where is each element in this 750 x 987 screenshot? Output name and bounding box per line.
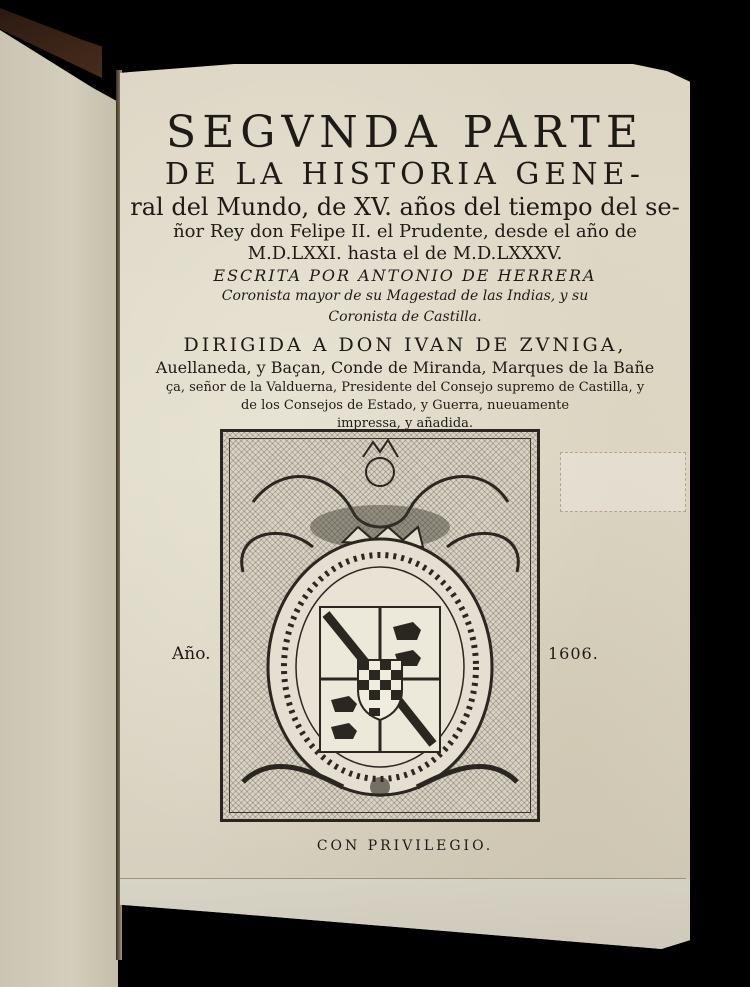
title-line-4: ñor Rey don Felipe II. el Prudente, desd…: [120, 222, 690, 242]
coat-of-arms-woodcut: [220, 429, 540, 822]
dedication-line-1: DIRIGIDA A DON IVAN DE ZVNIGA,: [120, 334, 690, 356]
title-line-3: ral del Mundo, de XV. años del tiempo de…: [120, 194, 690, 220]
title-line-2: DE LA HISTORIA GENE-: [120, 160, 690, 190]
left-flyleaf-page: [0, 30, 118, 987]
coat-of-arms-icon: [223, 432, 537, 819]
author-line-1: ESCRITA POR ANTONIO DE HERRERA: [120, 266, 690, 285]
year-value: 1606.: [548, 644, 599, 663]
paper-repair-patch: [560, 452, 686, 512]
title-line-5: M.D.LXXI. hasta el de M.D.LXXXV.: [120, 244, 690, 264]
title-page: SEGVNDA PARTE DE LA HISTORIA GENE- ral d…: [120, 64, 690, 949]
dedication-line-4: de los Consejos de Estado, y Guerra, nue…: [120, 398, 690, 413]
author-line-3: Coronista de Castilla.: [120, 309, 690, 325]
author-line-2: Coronista mayor de su Magestad de las In…: [120, 288, 690, 304]
privilege-notice: CON PRIVILEGIO.: [120, 838, 690, 854]
dedication-line-2: Auellaneda, y Baçan, Conde de Miranda, M…: [120, 358, 690, 377]
page-lower-repaired-margin: [120, 879, 690, 949]
title-line-1: SEGVNDA PARTE: [120, 111, 690, 155]
year-label: Año.: [172, 644, 211, 664]
dedication-line-3: ça, señor de la Valduerna, Presidente de…: [120, 380, 690, 395]
